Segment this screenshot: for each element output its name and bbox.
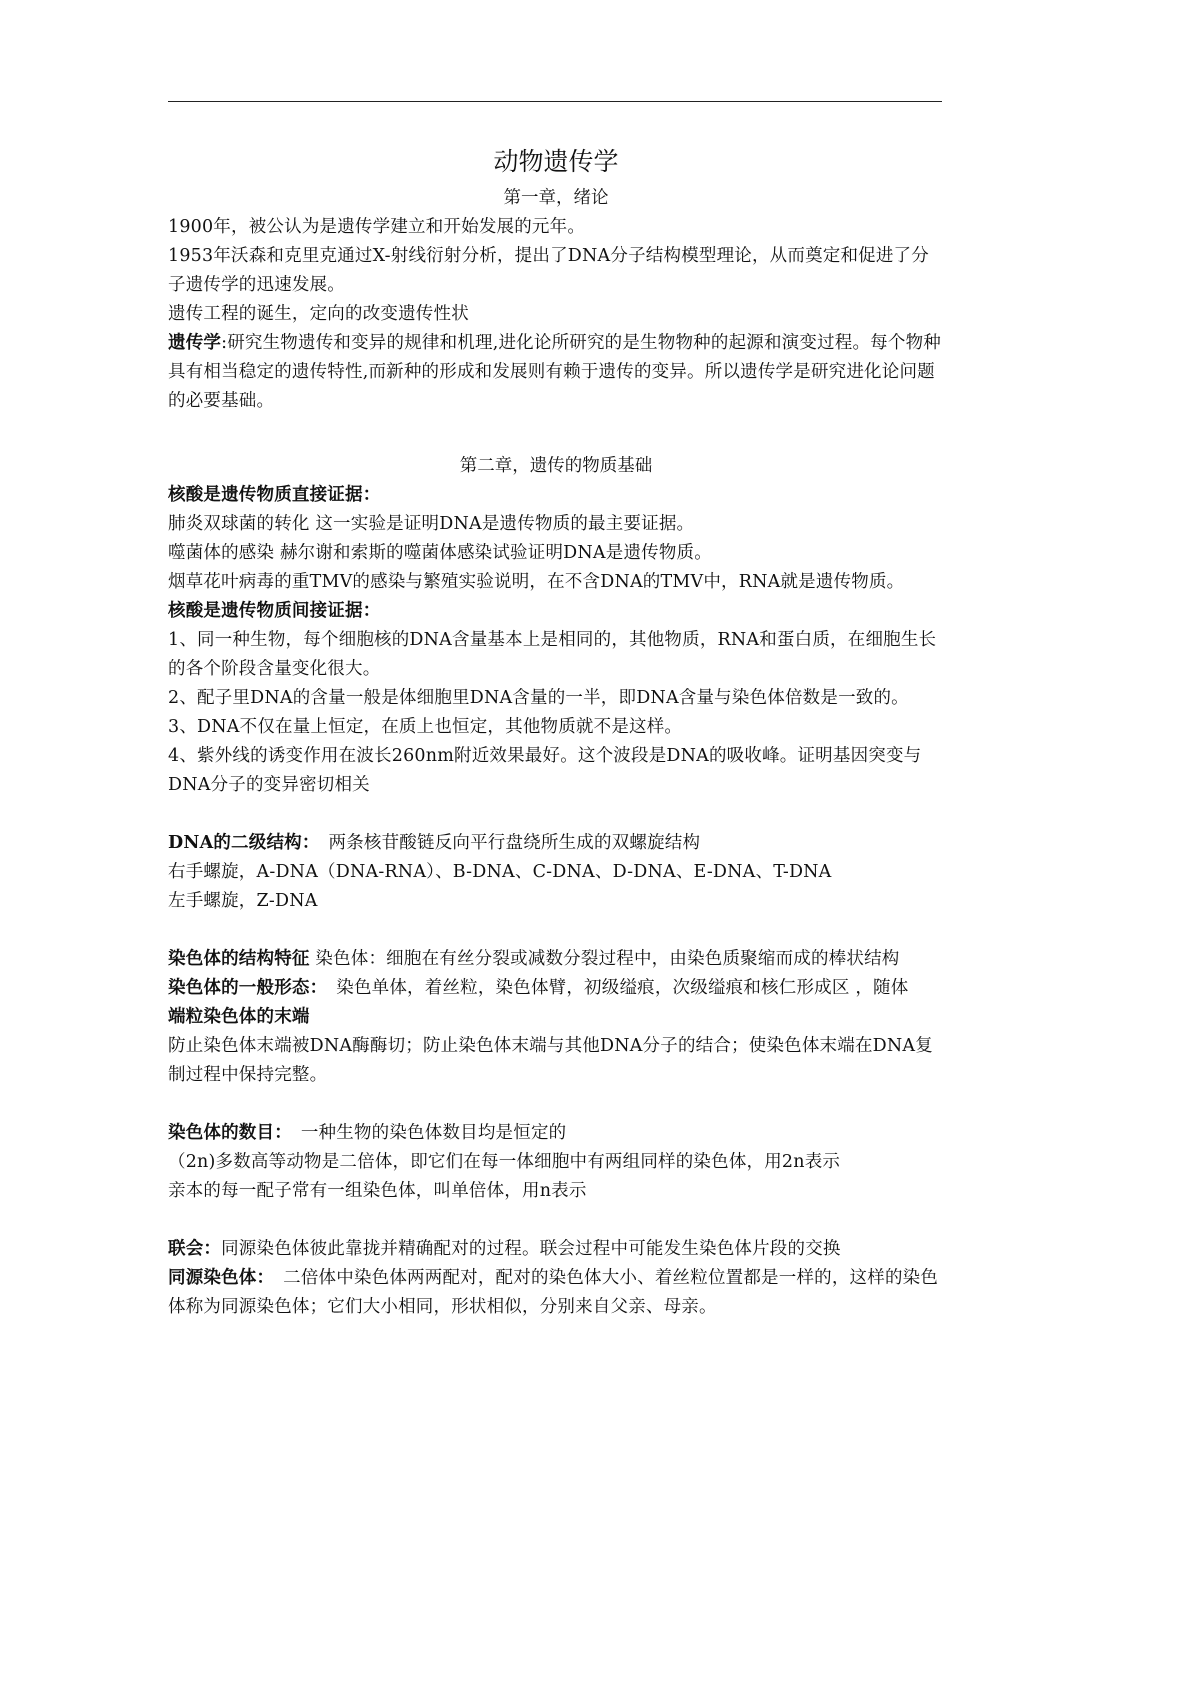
chromosome-morphology-text: 染色单体，着丝粒，染色体臂，初级缢痕，次级缢痕和核仁形成区 ，随体 — [319, 978, 909, 998]
chromosome-structure: 染色体的结构特征 染色体：细胞在有丝分裂或减数分裂过程中，由染色质聚缩而成的棒状… — [168, 945, 944, 974]
paragraph-1900: 1900年，被公认为是遗传学建立和开始发展的元年。 — [168, 213, 944, 242]
indirect-evidence-item: 4、紫外线的诱变作用在波长260nm附近效果最好。这个波段是DNA的吸收峰。证明… — [168, 742, 944, 800]
header-rule — [168, 101, 942, 102]
diploid-text: （2n)多数高等动物是二倍体，即它们在每一体细胞中有两组同样的染色体，用2n表示 — [168, 1148, 944, 1177]
direct-evidence-item: 肺炎双球菌的转化 这一实验是证明DNA是遗传物质的最主要证据。 — [168, 510, 944, 539]
genetics-definition-text: :研究生物遗传和变异的规律和机理,进化论所研究的是生物物种的起源和演变过程。每个… — [168, 333, 941, 411]
term-synapsis: 联会： — [168, 1239, 221, 1259]
indirect-evidence-heading: 核酸是遗传物质间接证据： — [168, 597, 944, 626]
spacer — [168, 1090, 944, 1119]
chapter-1-heading: 第一章，绪论 — [168, 184, 944, 213]
term-homologous: 同源染色体： — [168, 1268, 265, 1288]
spacer — [168, 1206, 944, 1235]
indirect-evidence-item: 2、配子里DNA的含量一般是体细胞里DNA含量的一半，即DNA含量与染色体倍数是… — [168, 684, 944, 713]
direct-evidence-item: 噬菌体的感染 赫尔谢和索斯的噬菌体感染试验证明DNA是遗传物质。 — [168, 539, 944, 568]
term-chromosome-structure: 染色体的结构特征 — [168, 949, 310, 969]
term-genetics: 遗传学 — [168, 333, 221, 353]
document-title: 动物遗传学 — [168, 140, 944, 184]
telomere-text: 防止染色体末端被DNA酶酶切；防止染色体末端与其他DNA分子的结合；使染色体末端… — [168, 1032, 944, 1090]
synapsis-text: 同源染色体彼此靠拢并精确配对的过程。联会过程中可能发生染色体片段的交换 — [221, 1239, 841, 1259]
term-telomere: 端粒染色体的末端 — [168, 1003, 944, 1032]
term-chromosome-number: 染色体的数目： — [168, 1123, 283, 1143]
paragraph-genetic-engineering: 遗传工程的诞生，定向的改变遗传性状 — [168, 300, 944, 329]
paragraph-genetics-definition: 遗传学:研究生物遗传和变异的规律和机理,进化论所研究的是生物物种的起源和演变过程… — [168, 329, 944, 416]
homologous-chromosome: 同源染色体： 二倍体中染色体两两配对，配对的染色体大小、着丝粒位置都是一样的，这… — [168, 1264, 944, 1322]
right-hand-helix: 右手螺旋，A-DNA（DNA-RNA）、B-DNA、C-DNA、D-DNA、E-… — [168, 858, 944, 887]
chromosome-morphology: 染色体的一般形态： 染色单体，着丝粒，染色体臂，初级缢痕，次级缢痕和核仁形成区 … — [168, 974, 944, 1003]
paragraph-1953: 1953年沃森和克里克通过X-射线衍射分析，提出了DNA分子结构模型理论，从而奠… — [168, 242, 944, 300]
spacer — [168, 916, 944, 945]
chromosome-number: 染色体的数目： 一种生物的染色体数目均是恒定的 — [168, 1119, 944, 1148]
indirect-evidence-item: 3、DNA不仅在量上恒定，在质上也恒定，其他物质就不是这样。 — [168, 713, 944, 742]
spacer — [168, 800, 944, 829]
indirect-evidence-item: 1、同一种生物，每个细胞核的DNA含量基本上是相同的，其他物质，RNA和蛋白质，… — [168, 626, 944, 684]
spacer — [168, 416, 944, 444]
term-dna-secondary: DNA的二级结构： — [168, 833, 311, 853]
chromosome-number-text: 一种生物的染色体数目均是恒定的 — [283, 1123, 566, 1143]
chromosome-structure-text: 染色体：细胞在有丝分裂或减数分裂过程中，由染色质聚缩而成的棒状结构 — [310, 949, 900, 969]
document-page: 动物遗传学 第一章，绪论 1900年，被公认为是遗传学建立和开始发展的元年。 1… — [168, 140, 944, 1322]
left-hand-helix: 左手螺旋，Z-DNA — [168, 887, 944, 916]
direct-evidence-item: 烟草花叶病毒的重TMV的感染与繁殖实验说明，在不含DNA的TMV中，RNA就是遗… — [168, 568, 944, 597]
chapter-2-heading: 第二章，遗传的物质基础 — [168, 452, 944, 481]
homologous-text: 二倍体中染色体两两配对，配对的染色体大小、着丝粒位置都是一样的，这样的染色体称为… — [168, 1268, 938, 1317]
dna-secondary-structure: DNA的二级结构： 两条核苷酸链反向平行盘绕所生成的双螺旋结构 — [168, 829, 944, 858]
term-chromosome-morphology: 染色体的一般形态： — [168, 978, 319, 998]
haploid-text: 亲本的每一配子常有一组染色体，叫单倍体，用n表示 — [168, 1177, 944, 1206]
direct-evidence-heading: 核酸是遗传物质直接证据： — [168, 481, 944, 510]
dna-secondary-text: 两条核苷酸链反向平行盘绕所生成的双螺旋结构 — [311, 833, 700, 853]
synapsis: 联会：同源染色体彼此靠拢并精确配对的过程。联会过程中可能发生染色体片段的交换 — [168, 1235, 944, 1264]
